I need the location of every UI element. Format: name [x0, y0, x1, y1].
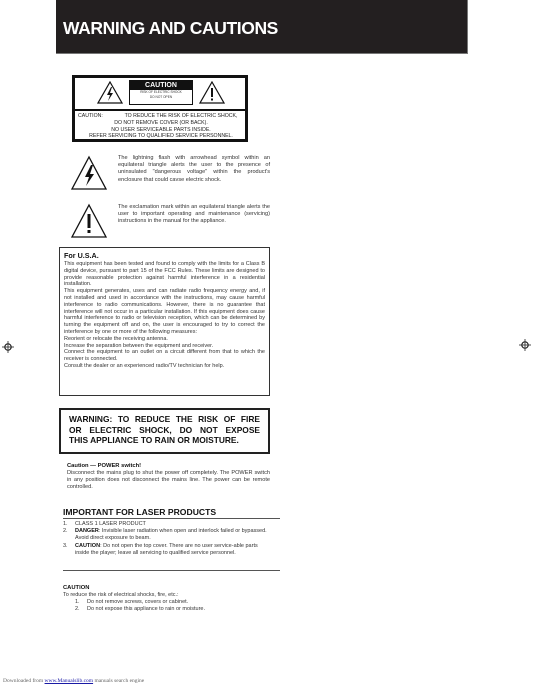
- fcc-measure: Consult the dealer or an experienced rad…: [64, 363, 265, 370]
- caution-line: REFER SERVICING TO QUALIFIED SERVICE PER…: [78, 133, 244, 140]
- registration-mark-icon: [2, 341, 14, 353]
- general-caution-list: 1.Do not remove screws, covers or cabine…: [63, 599, 273, 613]
- download-footer: Downloaded from www.Manualslib.com manua…: [3, 678, 144, 684]
- item-text: Do not remove screws, covers or cabinet.: [87, 599, 188, 605]
- general-caution-item: 2.Do not expose this appliance to rain o…: [63, 606, 273, 613]
- fcc-notice-box: For U.S.A. This equipment has been teste…: [59, 247, 270, 396]
- power-switch-caution: Caution — POWER switch! Disconnect the m…: [67, 462, 270, 492]
- caution-line: DO NOT REMOVE COVER (OR BACK).: [78, 120, 244, 127]
- fcc-title: For U.S.A.: [64, 251, 265, 260]
- exclamation-triangle-icon: [70, 203, 108, 239]
- warning-line: THIS APPLIANCE TO RAIN OR MOISTURE.: [69, 435, 260, 446]
- general-caution-intro: To reduce the risk of electrical shocks,…: [63, 592, 273, 599]
- item-number: 3.: [63, 543, 68, 550]
- item-number: 1.: [75, 599, 80, 606]
- item-number: 2.: [75, 606, 80, 613]
- lightning-symbol-description: The lightning flash with arrowhead symbo…: [118, 155, 270, 184]
- item-label: CAUTION: [75, 543, 100, 549]
- caution-tag-line2: DO NOT OPEN: [130, 95, 192, 100]
- caution-tag: CAUTION RISK OF ELECTRIC SHOCK DO NOT OP…: [129, 80, 193, 105]
- caution-line: NO USER SERVICEABLE PARTS INSIDE.: [78, 127, 244, 134]
- power-caution-text: Disconnect the mains plug to shut the po…: [67, 470, 270, 492]
- caution-line: TO REDUCE THE RISK OF ELECTRIC SHOCK,: [78, 113, 244, 120]
- caution-label: CAUTION RISK OF ELECTRIC SHOCK DO NOT OP…: [72, 75, 248, 142]
- footer-prefix: Downloaded from: [3, 678, 43, 684]
- exclamation-symbol-description: The exclamation mark within an equilater…: [118, 204, 270, 226]
- laser-list: 1. CLASS 1 LASER PRODUCT 2. DANGER: Invi…: [63, 521, 273, 557]
- fcc-measure: Connect the equipment to an outlet on a …: [64, 349, 265, 363]
- laser-item: 1. CLASS 1 LASER PRODUCT: [63, 521, 273, 528]
- footer-suffix: manuals search engine: [94, 678, 144, 684]
- caution-prefix: CAUTION:: [78, 113, 103, 120]
- exclamation-triangle-icon: [199, 81, 225, 104]
- item-number: 1.: [63, 521, 68, 528]
- laser-section-title: IMPORTANT FOR LASER PRODUCTS: [63, 507, 280, 519]
- lightning-triangle-icon: [70, 155, 108, 191]
- item-label: DANGER: [75, 528, 99, 534]
- item-text: : Do not open the top cover. There are n…: [75, 543, 258, 556]
- warning-line: OR ELECTRIC SHOCK, DO NOT EXPOSE: [69, 425, 260, 436]
- page-header: WARNING AND CAUTIONS: [56, 0, 468, 54]
- general-caution-title: CAUTION: [63, 585, 273, 592]
- fcc-measure: Reorient or relocate the receiving anten…: [64, 336, 265, 343]
- item-number: 2.: [63, 528, 68, 535]
- manualslib-link[interactable]: www.Manualslib.com: [45, 678, 94, 684]
- item-text: : Invisible laser radiation when open an…: [75, 528, 267, 541]
- page-title: WARNING AND CAUTIONS: [63, 18, 278, 39]
- caution-label-top: CAUTION RISK OF ELECTRIC SHOCK DO NOT OP…: [75, 78, 245, 111]
- registration-mark-icon: [519, 339, 531, 351]
- power-caution-title: Caution — POWER switch!: [67, 462, 270, 470]
- fcc-paragraph: This equipment generates, uses and can r…: [64, 288, 265, 336]
- section-divider: [63, 570, 280, 571]
- caution-tag-title: CAUTION: [130, 81, 192, 90]
- fire-shock-warning-box: WARNING: TO REDUCE THE RISK OF FIRE OR E…: [59, 408, 270, 454]
- item-text: Do not expose this appliance to rain or …: [87, 606, 205, 612]
- general-caution-item: 1.Do not remove screws, covers or cabine…: [63, 599, 273, 606]
- fcc-paragraph: This equipment has been tested and found…: [64, 261, 265, 288]
- item-text: CLASS 1 LASER PRODUCT: [75, 521, 146, 527]
- warning-line: WARNING: TO REDUCE THE RISK OF FIRE: [69, 414, 260, 425]
- laser-item: 2. DANGER: Invisible laser radiation whe…: [63, 528, 273, 542]
- laser-item: 3. CAUTION: Do not open the top cover. T…: [63, 543, 273, 557]
- fcc-measure: Increase the separation between the equi…: [64, 343, 265, 350]
- lightning-triangle-icon: [97, 81, 123, 104]
- general-caution: CAUTION To reduce the risk of electrical…: [63, 585, 273, 613]
- caution-label-text: CAUTION: TO REDUCE THE RISK OF ELECTRIC …: [78, 113, 244, 140]
